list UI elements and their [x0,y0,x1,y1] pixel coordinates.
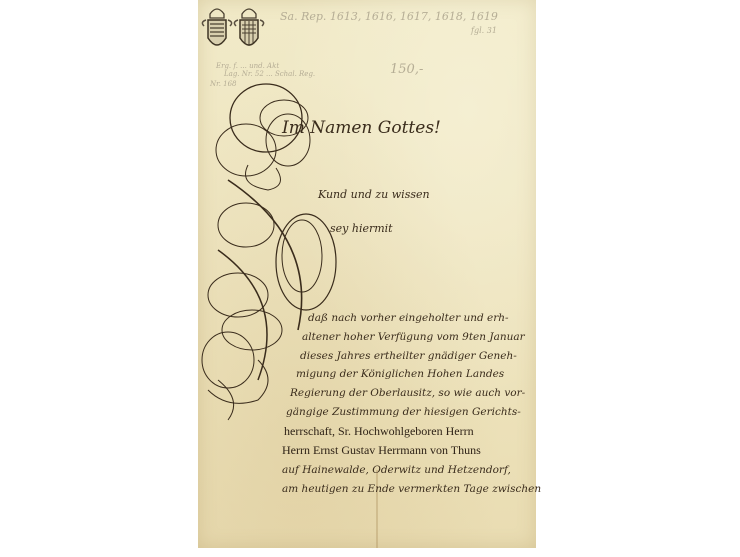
line-9: herrschaft, Sr. Hochwohlgeboren Herrn [284,424,474,439]
line-11: auf Hainewalde, Oderwitz und Hetzendorf, [282,464,511,476]
line-1: Kund und zu wissen [318,188,430,201]
line-4: altener hoher Verfügung vom 9ten Januar [302,331,525,343]
line-6: migung der Königlichen Hohen Landes [296,368,504,380]
manuscript-page: Sa. Rep. 1613, 1616, 1617, 1618, 1619 fg… [198,0,536,548]
line-5: dieses Jahres ertheilter gnädiger Geneh- [300,350,517,362]
line-12: am heutigen zu Ende vermerkten Tage zwis… [282,483,541,495]
document-title: Im Namen Gottes! [282,118,441,138]
line-10: Herrn Ernst Gustav Herrmann von Thuns [282,443,481,458]
line-7: Regierung der Oberlausitz, so wie auch v… [290,387,525,399]
line-2: sey hiermit [330,222,393,235]
line-3: daß nach vorher eingeholter und erh- [308,312,509,324]
line-8: gängige Zustimmung der hiesigen Gerichts… [286,406,521,418]
